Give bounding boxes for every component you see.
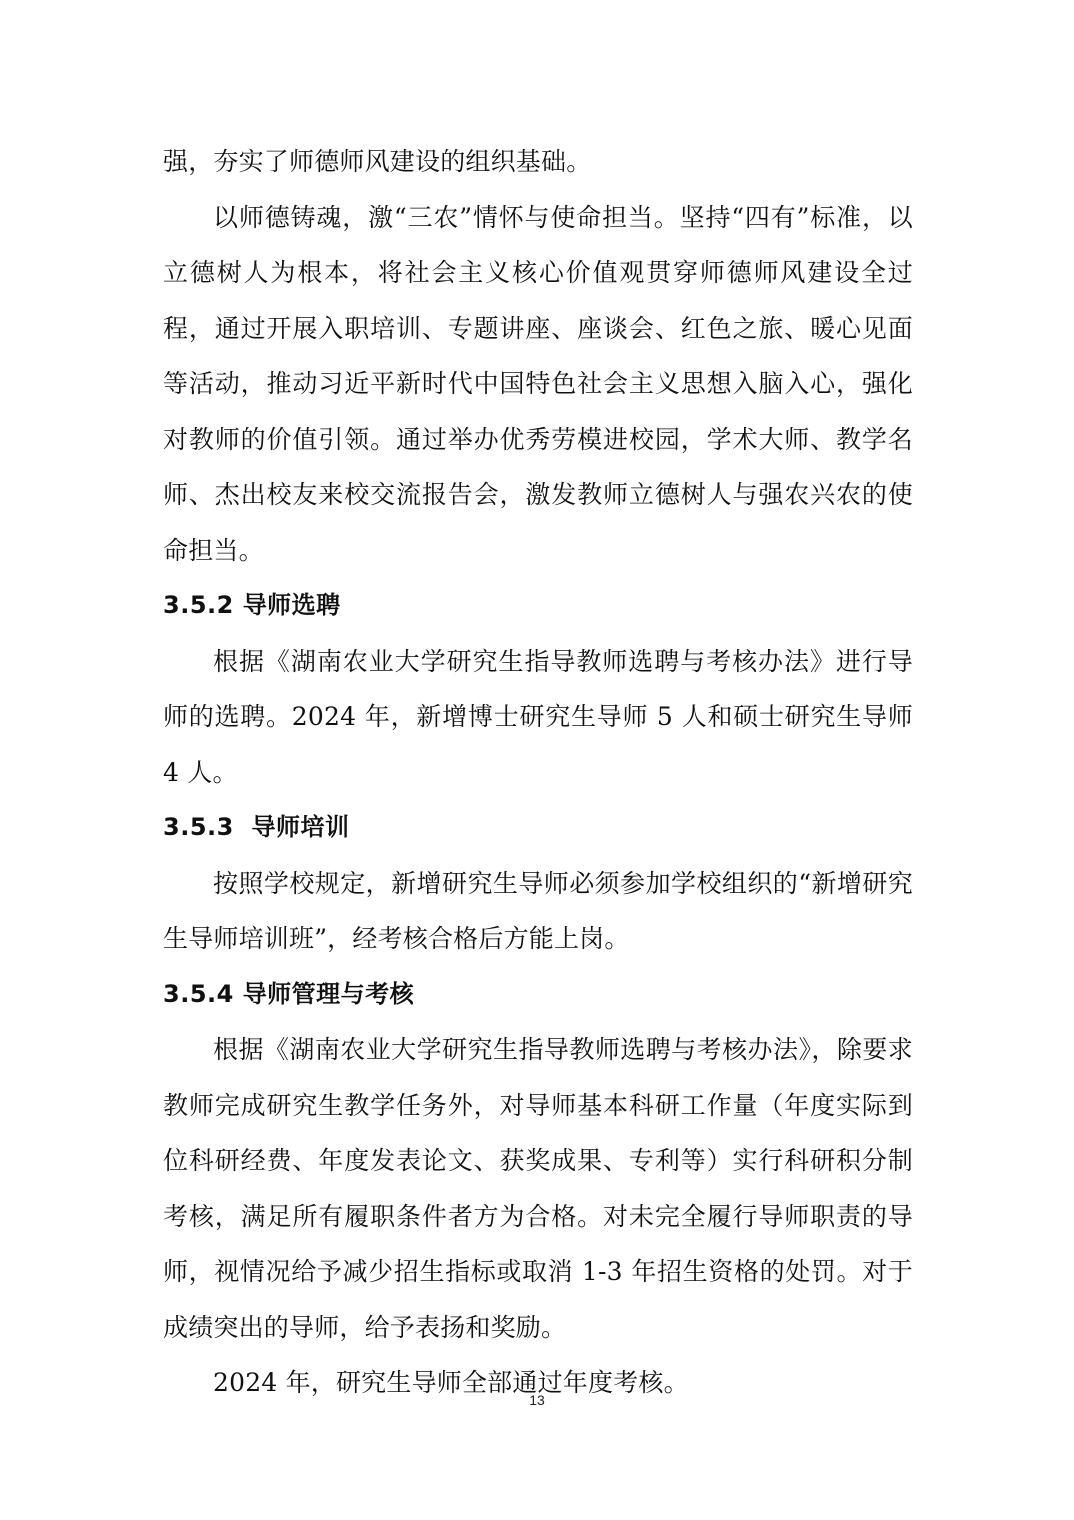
paragraph-teacher-ethics: 以师德铸魂，激“三农”情怀与使命担当。坚持“四有”标准，以立德树人为根本，将社会… <box>163 190 913 579</box>
section-heading-supervisor-selection: 3.5.2 导师选聘 <box>163 578 913 634</box>
paragraph-continuation: 强，夯实了师德师风建设的组织基础。 <box>163 134 913 190</box>
paragraph-supervisor-training: 按照学校规定，新增研究生导师必须参加学校组织的“新增研究生导师培训班”，经考核合… <box>163 856 913 967</box>
page-number: 13 <box>0 1392 1074 1408</box>
document-page: 强，夯实了师德师风建设的组织基础。 以师德铸魂，激“三农”情怀与使命担当。坚持“… <box>163 134 913 1411</box>
paragraph-supervisor-selection: 根据《湖南农业大学研究生指导教师选聘与考核办法》进行导师的选聘。2024 年，新… <box>163 634 913 801</box>
paragraph-supervisor-management: 根据《湖南农业大学研究生指导教师选聘与考核办法》，除要求教师完成研究生教学任务外… <box>163 1022 913 1355</box>
section-heading-supervisor-management: 3.5.4 导师管理与考核 <box>163 967 913 1023</box>
section-heading-supervisor-training: 3.5.3 导师培训 <box>163 800 913 856</box>
